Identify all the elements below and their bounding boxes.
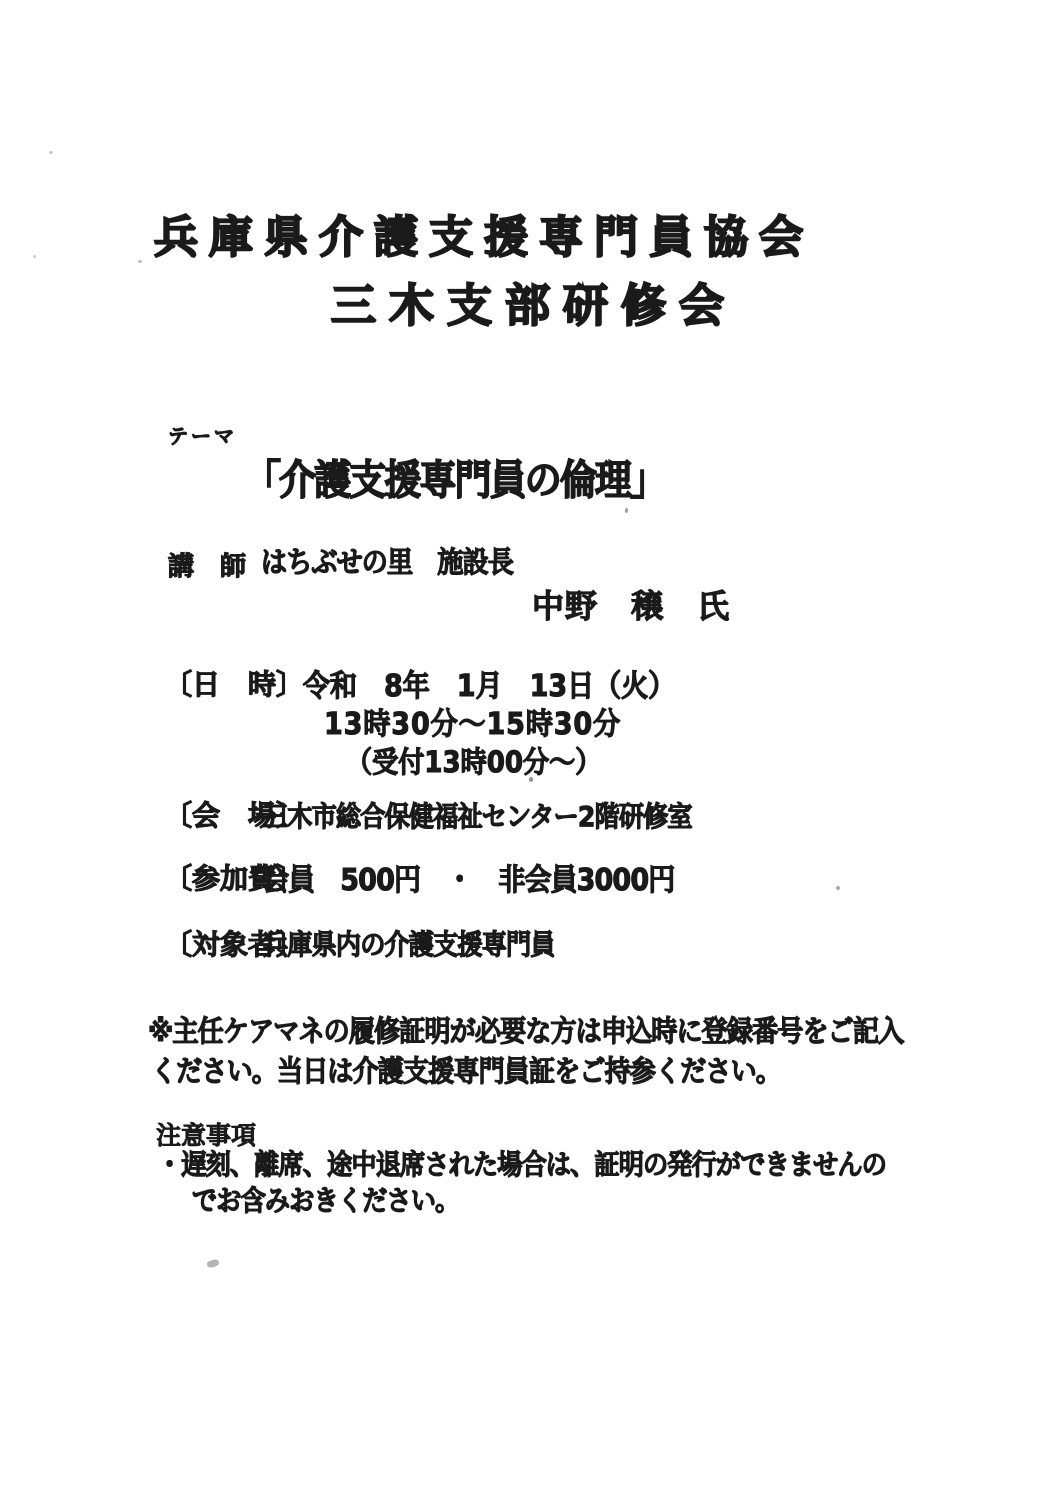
scan-smudge — [206, 1259, 219, 1269]
scan-speck — [836, 886, 840, 890]
scan-speck — [625, 508, 628, 513]
fee-value: 会員 500円 ・ 非会員3000円 — [262, 855, 674, 899]
theme-title: 「介護支援専門員の倫理」 — [244, 447, 665, 506]
scan-speck — [33, 255, 36, 258]
association-title: 兵庫県介護支援専門員協会 — [154, 201, 814, 265]
scan-speck — [49, 151, 53, 154]
branch-event-title: 三木支部研修会 — [331, 269, 737, 334]
audience-value: 兵庫県内の介護支援専門員 — [263, 923, 555, 963]
lecturer-affiliation: はちぶせの里 施設長 — [261, 540, 513, 581]
scanned-flyer-page: 兵庫県介護支援専門員協会 三木支部研修会 テーマ 「介護支援専門員の倫理」 講 … — [0, 0, 1058, 1496]
theme-label: テーマ — [168, 420, 237, 449]
schedule-label: 〔日 時〕 — [164, 663, 304, 703]
schedule-reception: （受付13時00分～） — [346, 740, 601, 781]
schedule-time: 13時30分～15時30分 — [324, 699, 621, 743]
caution-item-line1: ・遅刻、離席、途中退席された場合は、証明の発行ができませんの — [157, 1143, 886, 1183]
lecturer-label: 講 師 — [168, 546, 246, 583]
registration-note-line2: ください。当日は介護支援専門員証をご持参ください。 — [151, 1049, 781, 1090]
caution-item-line2: でお含みおきください。 — [192, 1179, 459, 1219]
lecturer-name: 中野 穣 氏 — [532, 581, 730, 627]
venue-value: 三木市総合保健福祉センター2階研修室 — [263, 795, 692, 835]
registration-note-line1: ※主任ケアマネの履修証明が必要な方は申込時に登録番号をご記入 — [148, 1009, 903, 1050]
scan-speck — [138, 260, 142, 263]
